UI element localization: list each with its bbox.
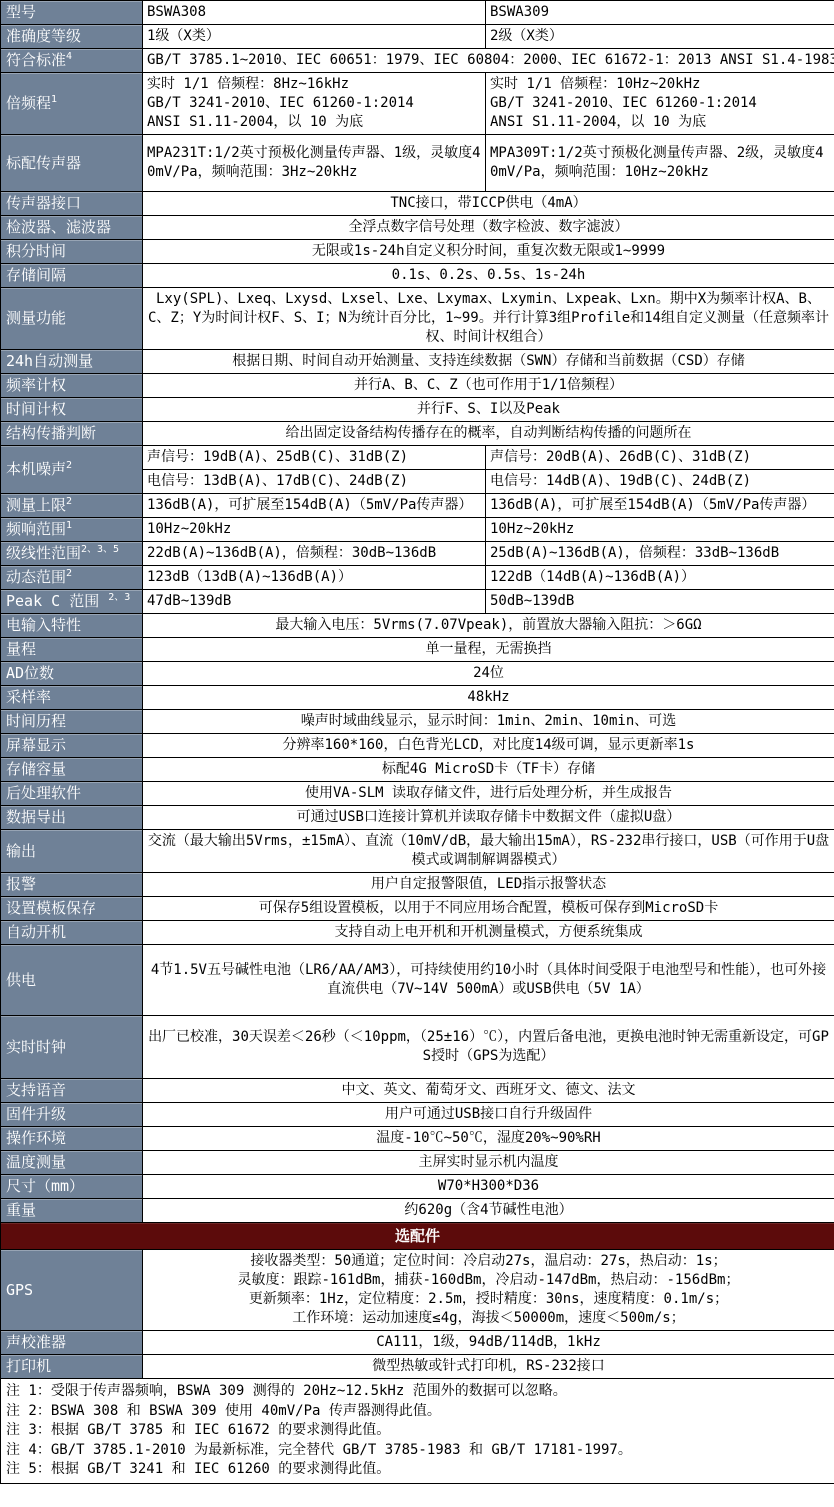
spec-value: 中文、英文、葡萄牙文、西班牙文、德文、法文 — [143, 1079, 834, 1103]
table-row: Peak C 范围 2、347dB~139dB50dB~139dB — [1, 590, 834, 614]
row-label-superscript: 2 — [66, 496, 72, 507]
spec-value: BSWA309 — [486, 1, 834, 25]
row-label: 频响范围1 — [1, 518, 143, 542]
table-row: 级线性范围2、3、522dB(A)~136dB(A)，倍频程：30dB~136d… — [1, 542, 834, 566]
spec-value: 24位 — [143, 662, 834, 686]
row-label-text: 时间历程 — [6, 712, 66, 730]
spec-value: 136dB(A)，可扩展至154dB(A)（5mV/Pa传声器） — [143, 494, 486, 518]
row-label-text: 本机噪声 — [6, 460, 66, 478]
row-label-superscript: 1 — [51, 94, 57, 105]
spec-sheet: { "table": { "colors": { "label_bg": "#6… — [0, 0, 834, 1484]
spec-value: 22dB(A)~136dB(A)，倍频程：30dB~136dB — [143, 542, 486, 566]
row-label-text: 后处理软件 — [6, 784, 81, 802]
spec-value: 并行A、B、C、Z（也可作用于1/1倍频程） — [143, 374, 834, 398]
spec-value: 温度-10℃~50℃，湿度20%~90%RH — [143, 1127, 834, 1151]
spec-value: MPA309T:1/2英寸预极化测量传声器、2级，灵敏度40mV/Pa，频响范围… — [486, 135, 834, 192]
spec-value: 声信号：19dB(A)、25dB(C)、31dB(Z) — [143, 446, 486, 470]
row-label-text: 量程 — [6, 640, 36, 658]
row-label-text: 测量功能 — [6, 309, 66, 327]
spec-value: 可通过USB口连接计算机并读取存储卡中数据文件（虚拟U盘） — [143, 806, 834, 830]
spec-value: 10Hz~20kHz — [143, 518, 486, 542]
spec-value: 47dB~139dB — [143, 590, 486, 614]
row-label: 型号 — [1, 1, 143, 25]
footnote-line: 注 4：GB/T 3785.1-2010 为最新标准，完全替代 GB/T 378… — [6, 1441, 829, 1461]
spec-value: 全浮点数字信号处理（数字检波、数字滤波） — [143, 216, 834, 240]
row-label-text: 存储间隔 — [6, 266, 66, 284]
row-label-text: 屏幕显示 — [6, 736, 66, 754]
table-row: 打印机微型热敏或针式打印机，RS-232接口 — [1, 1355, 834, 1379]
spec-value: TNC接口，带ICCP供电（4mA） — [143, 192, 834, 216]
table-row: 操作环境温度-10℃~50℃，湿度20%~90%RH — [1, 1127, 834, 1151]
spec-value: 根据日期、时间自动开始测量、支持连续数据（SWN）存储和当前数据（CSD）存储 — [143, 350, 834, 374]
row-label: 声校准器 — [1, 1331, 143, 1355]
row-label: 重量 — [1, 1199, 143, 1223]
row-label-text: GPS — [6, 1281, 33, 1299]
row-label-text: 传声器接口 — [6, 194, 81, 212]
row-label-text: 温度测量 — [6, 1153, 66, 1171]
table-row: 输出交流（最大输出5Vrms，±15mA）、直流（10mV/dB，最大输出15m… — [1, 830, 834, 873]
row-label: AD位数 — [1, 662, 143, 686]
table-row: 检波器、滤波器全浮点数字信号处理（数字检波、数字滤波） — [1, 216, 834, 240]
spec-value: Lxy(SPL)、Lxeq、Lxysd、Lxsel、Lxe、Lxymax、Lxy… — [143, 288, 834, 350]
spec-value: 实时 1/1 倍频程：10Hz~20kHz GB/T 3241-2010、IEC… — [486, 73, 834, 135]
row-label-text: 倍频程 — [6, 94, 51, 112]
spec-table-body: 型号BSWA308BSWA309准确度等级1级（X类）2级（X类）符合标准4GB… — [1, 1, 834, 1484]
row-label: 设置模板保存 — [1, 897, 143, 921]
spec-value: 接收器类型：50通道；定位时间：冷启动27s，温启动：27s，热启动：1s； 灵… — [143, 1250, 834, 1331]
spec-value: 标配4G MicroSD卡（TF卡）存储 — [143, 758, 834, 782]
table-row: 倍频程1实时 1/1 倍频程：8Hz~16kHz GB/T 3241-2010、… — [1, 73, 834, 135]
table-row: 支持语音中文、英文、葡萄牙文、西班牙文、德文、法文 — [1, 1079, 834, 1103]
row-label-text: 声校准器 — [6, 1333, 66, 1351]
row-label: 存储容量 — [1, 758, 143, 782]
spec-value: 1级（X类） — [143, 25, 486, 49]
footnote-line: 注 3：根据 GB/T 3785 和 IEC 61672 的要求测得此值。 — [6, 1421, 829, 1441]
footnote-line: 注 5：根据 GB/T 3241 和 IEC 61260 的要求测得此值。 — [6, 1460, 829, 1480]
row-label-superscript: 2 — [66, 460, 72, 471]
row-label: 检波器、滤波器 — [1, 216, 143, 240]
spec-value: MPA231T:1/2英寸预极化测量传声器、1级，灵敏度40mV/Pa，频响范围… — [143, 135, 486, 192]
row-label: 电输入特性 — [1, 614, 143, 638]
table-row: 屏幕显示分辨率160*160，白色背光LCD，对比度14级可调，显示更新率1s — [1, 734, 834, 758]
spec-value: 微型热敏或针式打印机，RS-232接口 — [143, 1355, 834, 1379]
row-label: 供电 — [1, 945, 143, 1016]
spec-value: GB/T 3785.1~2010、IEC 60651：1979、IEC 6080… — [143, 49, 834, 73]
row-label-text: 打印机 — [6, 1357, 51, 1375]
spec-value: 25dB(A)~136dB(A)，倍频程：33dB~136dB — [486, 542, 834, 566]
table-row: 自动开机支持自动上电开机和开机测量模式，方便系统集成 — [1, 921, 834, 945]
row-label-text: 采样率 — [6, 688, 51, 706]
spec-value: 并行F、S、I以及Peak — [143, 398, 834, 422]
spec-value: 用户可通过USB接口自行升级固件 — [143, 1103, 834, 1127]
table-row: 量程单一量程，无需换挡 — [1, 638, 834, 662]
row-label: 频率计权 — [1, 374, 143, 398]
row-label: Peak C 范围 2、3 — [1, 590, 143, 614]
table-row: 数据导出可通过USB口连接计算机并读取存储卡中数据文件（虚拟U盘） — [1, 806, 834, 830]
spec-value: BSWA308 — [143, 1, 486, 25]
row-label-text: 重量 — [6, 1201, 36, 1219]
table-row: 积分时间无限或1s-24h自定义积分时间，重复次数无限或1~9999 — [1, 240, 834, 264]
table-row: 报警用户自定报警限值，LED指示报警状态 — [1, 873, 834, 897]
spec-value: 交流（最大输出5Vrms，±15mA）、直流（10mV/dB，最大输出15mA）… — [143, 830, 834, 873]
footnote-line: 注 2：BSWA 308 和 BSWA 309 使用 40mV/Pa 传声器测得… — [6, 1402, 829, 1422]
table-row: 重量约620g（含4节碱性电池） — [1, 1199, 834, 1223]
row-label: 打印机 — [1, 1355, 143, 1379]
row-label: 准确度等级 — [1, 25, 143, 49]
spec-value: 50dB~139dB — [486, 590, 834, 614]
row-label-text: 积分时间 — [6, 242, 66, 260]
section-header-optional-accessories: 选配件 — [1, 1223, 834, 1250]
row-label: 时间历程 — [1, 710, 143, 734]
row-label-text: 级线性范围 — [6, 544, 81, 562]
row-label: 温度测量 — [1, 1151, 143, 1175]
row-label-text: 符合标准 — [6, 51, 66, 69]
spec-value: 支持自动上电开机和开机测量模式，方便系统集成 — [143, 921, 834, 945]
row-label-text: 自动开机 — [6, 923, 66, 941]
spec-value: 电信号：13dB(A)、17dB(C)、24dB(Z) — [143, 470, 486, 494]
row-label: 自动开机 — [1, 921, 143, 945]
table-row: 准确度等级1级（X类）2级（X类） — [1, 25, 834, 49]
row-label: 存储间隔 — [1, 264, 143, 288]
table-row: AD位数24位 — [1, 662, 834, 686]
table-row: 后处理软件使用VA-SLM 读取存储文件，进行后处理分析，并生成报告 — [1, 782, 834, 806]
row-label-superscript: 1 — [66, 520, 72, 531]
section-row: 选配件 — [1, 1223, 834, 1250]
row-label-text: 结构传播判断 — [6, 424, 96, 442]
spec-value: 48kHz — [143, 686, 834, 710]
row-label-text: 设置模板保存 — [6, 899, 96, 917]
row-label: 输出 — [1, 830, 143, 873]
row-label-text: 频率计权 — [6, 376, 66, 394]
row-label-superscript: 2 — [66, 568, 72, 579]
row-label-text: 固件升级 — [6, 1105, 66, 1123]
row-label: 固件升级 — [1, 1103, 143, 1127]
row-label-text: 动态范围 — [6, 568, 66, 586]
row-label-text: AD位数 — [6, 664, 54, 682]
row-label-text: 存储容量 — [6, 760, 66, 778]
row-label: 采样率 — [1, 686, 143, 710]
row-label: 测量功能 — [1, 288, 143, 350]
footnotes: 注 1：受限于传声器频响，BSWA 309 测得的 20Hz~12.5kHz 范… — [1, 1379, 834, 1484]
row-label: 尺寸（mm） — [1, 1175, 143, 1199]
row-label: 积分时间 — [1, 240, 143, 264]
row-label: 符合标准4 — [1, 49, 143, 73]
row-label: 时间计权 — [1, 398, 143, 422]
spec-value: 0.1s、0.2s、0.5s、1s-24h — [143, 264, 834, 288]
row-label-text: 数据导出 — [6, 808, 66, 826]
table-row: 频率计权并行A、B、C、Z（也可作用于1/1倍频程） — [1, 374, 834, 398]
row-label-text: 供电 — [6, 971, 36, 989]
row-label-text: 标配传声器 — [6, 154, 81, 172]
table-row: 电输入特性最大输入电压：5Vrms(7.07Vpeak)，前置放大器输入阻抗：＞… — [1, 614, 834, 638]
row-label-text: 输出 — [6, 842, 36, 860]
table-row: 存储容量标配4G MicroSD卡（TF卡）存储 — [1, 758, 834, 782]
row-label: 报警 — [1, 873, 143, 897]
table-row: 固件升级用户可通过USB接口自行升级固件 — [1, 1103, 834, 1127]
table-row: 实时时钟出厂已校准，30天误差＜26秒（＜10ppm，（25±16）℃），内置后… — [1, 1016, 834, 1079]
row-label: 24h自动测量 — [1, 350, 143, 374]
row-label-text: Peak C 范围 — [6, 592, 108, 610]
spec-value: 122dB（14dB(A)~136dB(A)） — [486, 566, 834, 590]
row-label-text: 报警 — [6, 875, 36, 893]
row-label: 本机噪声2 — [1, 446, 143, 494]
table-row: 测量上限2136dB(A)，可扩展至154dB(A)（5mV/Pa传声器）136… — [1, 494, 834, 518]
footnotes-row: 注 1：受限于传声器频响，BSWA 309 测得的 20Hz~12.5kHz 范… — [1, 1379, 834, 1484]
table-row: 设置模板保存可保存5组设置模板，以用于不同应用场合配置，模板可保存到MicroS… — [1, 897, 834, 921]
footnote-line: 注 1：受限于传声器频响，BSWA 309 测得的 20Hz~12.5kHz 范… — [6, 1382, 829, 1402]
row-label: 动态范围2 — [1, 566, 143, 590]
table-row: 频响范围110Hz~20kHz10Hz~20kHz — [1, 518, 834, 542]
table-row: 供电4节1.5V五号碱性电池（LR6/AA/AM3），可持续使用约10小时（具体… — [1, 945, 834, 1016]
row-label: 数据导出 — [1, 806, 143, 830]
row-label-text: 电输入特性 — [6, 616, 81, 634]
spec-value: 用户自定报警限值，LED指示报警状态 — [143, 873, 834, 897]
spec-value: 分辨率160*160，白色背光LCD，对比度14级可调，显示更新率1s — [143, 734, 834, 758]
spec-value: 使用VA-SLM 读取存储文件，进行后处理分析，并生成报告 — [143, 782, 834, 806]
table-row: 存储间隔0.1s、0.2s、0.5s、1s-24h — [1, 264, 834, 288]
row-label: 量程 — [1, 638, 143, 662]
row-label: 实时时钟 — [1, 1016, 143, 1079]
spec-value: 出厂已校准，30天误差＜26秒（＜10ppm，（25±16）℃），内置后备电池，… — [143, 1016, 834, 1079]
row-label-text: 尺寸（mm） — [6, 1177, 84, 1195]
table-row: 测量功能Lxy(SPL)、Lxeq、Lxysd、Lxsel、Lxe、Lxymax… — [1, 288, 834, 350]
spec-value: 实时 1/1 倍频程：8Hz~16kHz GB/T 3241-2010、IEC … — [143, 73, 486, 135]
row-label-text: 频响范围 — [6, 520, 66, 538]
table-row: 结构传播判断给出固定设备结构传播存在的概率，自动判断结构传播的问题所在 — [1, 422, 834, 446]
row-label: 操作环境 — [1, 1127, 143, 1151]
spec-value: 2级（X类） — [486, 25, 834, 49]
spec-value: 136dB(A)，可扩展至154dB(A)（5mV/Pa传声器） — [486, 494, 834, 518]
row-label-text: 支持语音 — [6, 1081, 66, 1099]
row-label-text: 测量上限 — [6, 496, 66, 514]
row-label-superscript: 2、3、5 — [81, 544, 119, 555]
spec-value: 123dB（13dB(A)~136dB(A)） — [143, 566, 486, 590]
spec-value: 4节1.5V五号碱性电池（LR6/AA/AM3），可持续使用约10小时（具体时间… — [143, 945, 834, 1016]
spec-table: 型号BSWA308BSWA309准确度等级1级（X类）2级（X类）符合标准4GB… — [0, 0, 834, 1484]
row-label: GPS — [1, 1250, 143, 1331]
spec-value: CA111，1级，94dB/114dB，1kHz — [143, 1331, 834, 1355]
table-row: 符合标准4GB/T 3785.1~2010、IEC 60651：1979、IEC… — [1, 49, 834, 73]
spec-value: 给出固定设备结构传播存在的概率，自动判断结构传播的问题所在 — [143, 422, 834, 446]
row-label: 测量上限2 — [1, 494, 143, 518]
row-label: 级线性范围2、3、5 — [1, 542, 143, 566]
spec-value: 10Hz~20kHz — [486, 518, 834, 542]
row-label-text: 准确度等级 — [6, 27, 81, 45]
row-label-superscript: 2、3 — [108, 592, 130, 603]
spec-value: 可保存5组设置模板，以用于不同应用场合配置，模板可保存到MicroSD卡 — [143, 897, 834, 921]
row-label: 结构传播判断 — [1, 422, 143, 446]
spec-value: 主屏实时显示机内温度 — [143, 1151, 834, 1175]
table-row: 动态范围2123dB（13dB(A)~136dB(A)）122dB（14dB(A… — [1, 566, 834, 590]
row-label-text: 操作环境 — [6, 1129, 66, 1147]
spec-value: 电信号：14dB(A)、19dB(C)、24dB(Z) — [486, 470, 834, 494]
table-row: 传声器接口TNC接口，带ICCP供电（4mA） — [1, 192, 834, 216]
spec-value: W70*H300*D36 — [143, 1175, 834, 1199]
row-label-superscript: 4 — [66, 51, 72, 62]
spec-value: 约620g（含4节碱性电池） — [143, 1199, 834, 1223]
spec-value: 最大输入电压：5Vrms(7.07Vpeak)，前置放大器输入阻抗：＞6GΩ — [143, 614, 834, 638]
table-row: 温度测量主屏实时显示机内温度 — [1, 1151, 834, 1175]
row-label: 传声器接口 — [1, 192, 143, 216]
table-row: 时间计权并行F、S、I以及Peak — [1, 398, 834, 422]
table-row: 型号BSWA308BSWA309 — [1, 1, 834, 25]
table-row: 时间历程噪声时域曲线显示，显示时间：1min、2min、10min、可选 — [1, 710, 834, 734]
table-row: 采样率48kHz — [1, 686, 834, 710]
spec-value: 单一量程，无需换挡 — [143, 638, 834, 662]
table-row: 本机噪声2声信号：19dB(A)、25dB(C)、31dB(Z)声信号：20dB… — [1, 446, 834, 470]
row-label: 屏幕显示 — [1, 734, 143, 758]
row-label: 标配传声器 — [1, 135, 143, 192]
row-label-text: 检波器、滤波器 — [6, 218, 111, 236]
spec-value: 噪声时域曲线显示，显示时间：1min、2min、10min、可选 — [143, 710, 834, 734]
spec-value: 无限或1s-24h自定义积分时间，重复次数无限或1~9999 — [143, 240, 834, 264]
row-label: 后处理软件 — [1, 782, 143, 806]
row-label-text: 型号 — [6, 3, 36, 21]
row-label-text: 24h自动测量 — [6, 352, 93, 370]
row-label: 倍频程1 — [1, 73, 143, 135]
table-row: 标配传声器MPA231T:1/2英寸预极化测量传声器、1级，灵敏度40mV/Pa… — [1, 135, 834, 192]
table-row: 24h自动测量根据日期、时间自动开始测量、支持连续数据（SWN）存储和当前数据（… — [1, 350, 834, 374]
spec-value: 声信号：20dB(A)、26dB(C)、31dB(Z) — [486, 446, 834, 470]
table-row: 声校准器CA111，1级，94dB/114dB，1kHz — [1, 1331, 834, 1355]
row-label-text: 实时时钟 — [6, 1038, 66, 1056]
table-row: 尺寸（mm）W70*H300*D36 — [1, 1175, 834, 1199]
row-label-text: 时间计权 — [6, 400, 66, 418]
table-row: GPS接收器类型：50通道；定位时间：冷启动27s，温启动：27s，热启动：1s… — [1, 1250, 834, 1331]
row-label: 支持语音 — [1, 1079, 143, 1103]
